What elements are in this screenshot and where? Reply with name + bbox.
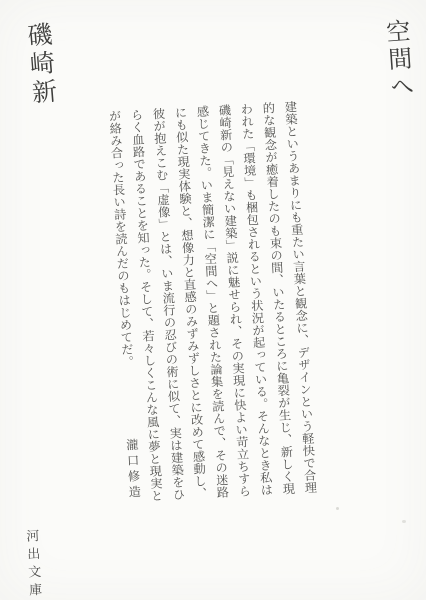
book-title: 空間へ bbox=[377, 18, 418, 103]
publisher-imprint: 河出文庫 bbox=[22, 529, 45, 600]
blurb-signature: 瀧口修造 bbox=[120, 438, 145, 502]
blurb-text-block: 建築というあまりにも重たい言葉と観念に、デザインという軽快で合理 的な観念が癒着… bbox=[103, 100, 321, 502]
book-cover-page: 空間へ 磯崎新 建築というあまりにも重たい言葉と観念に、デザインという軽快で合理… bbox=[0, 0, 426, 600]
dust-speck bbox=[336, 507, 339, 510]
author-name: 磯崎新 bbox=[18, 21, 61, 109]
dust-speck bbox=[402, 520, 406, 523]
